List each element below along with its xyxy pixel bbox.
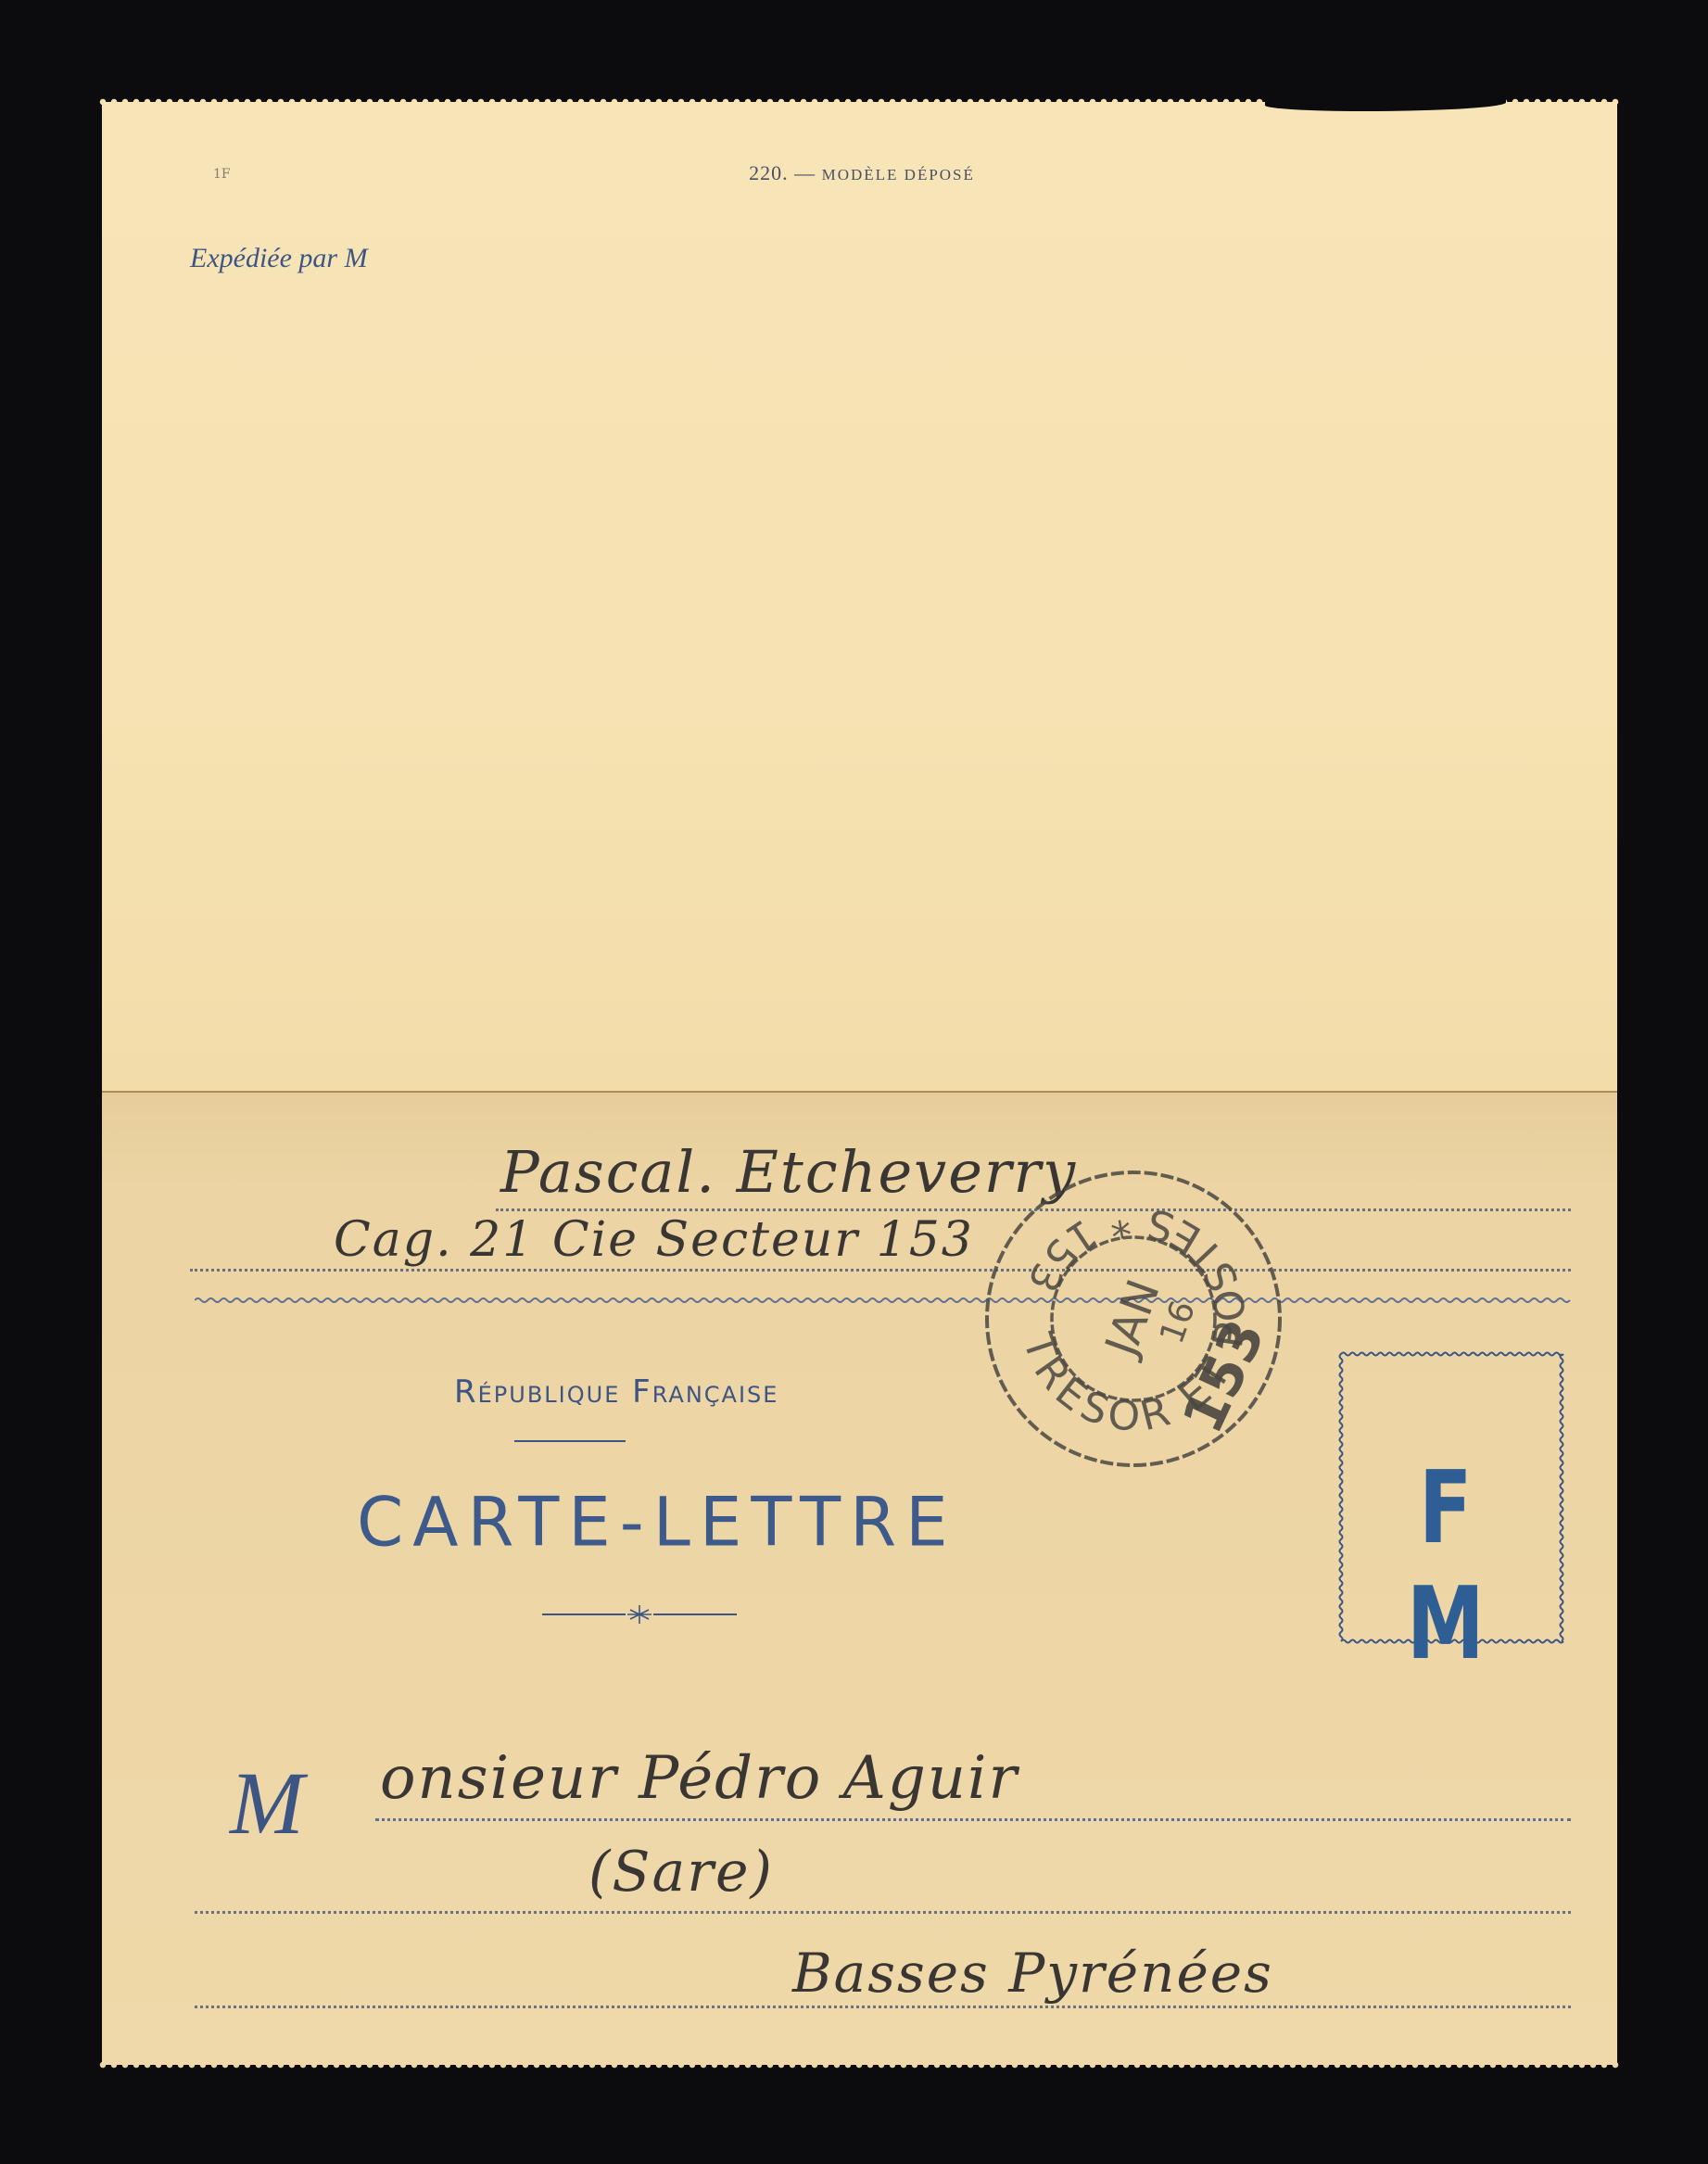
letter-card: 1F 220. — MODÈLE DÉPOSÉ Expédiée par M P… xyxy=(102,102,1617,2065)
sender-wavy-line xyxy=(195,1296,1571,1305)
address-dotted-line-3 xyxy=(195,2006,1571,2008)
ornament-divider xyxy=(542,1603,737,1626)
country-heading: République Française xyxy=(454,1373,778,1411)
model-label: MODÈLE DÉPOSÉ xyxy=(822,166,975,183)
address-dotted-line-2 xyxy=(195,1911,1571,1914)
addressee-town-handwriting: (Sare) xyxy=(588,1840,774,1905)
franchise-militaire-label: F M xyxy=(1362,1450,1540,1682)
sender-unit-handwriting: Cag. 21 Cie Secteur 153 xyxy=(334,1212,974,1268)
heading-separator xyxy=(514,1440,626,1442)
address-dotted-line-1 xyxy=(375,1818,1571,1821)
torn-edge xyxy=(1265,96,1506,111)
sender-label: Expédiée par M xyxy=(190,243,368,274)
pencil-mark: 1F xyxy=(213,167,231,182)
model-number-header: 220. — MODÈLE DÉPOSÉ xyxy=(649,161,1075,185)
sender-dotted-line-2 xyxy=(190,1269,1571,1272)
addressee-name-handwriting: onsieur Pédro Aguir xyxy=(380,1744,1018,1813)
addressee-printed-initial: M xyxy=(230,1752,304,1854)
card-title: CARTE-LETTRE xyxy=(357,1482,957,1562)
addressee-region-handwriting: Basses Pyrénées xyxy=(792,1942,1273,2005)
franchise-stamp-box: F M xyxy=(1337,1348,1565,1647)
model-number: 220. xyxy=(749,161,789,184)
postmark-stamp: TRESOR ET POSTES * 153 * JAN 16 153 xyxy=(981,1166,1286,1472)
model-dash: — xyxy=(794,161,816,184)
